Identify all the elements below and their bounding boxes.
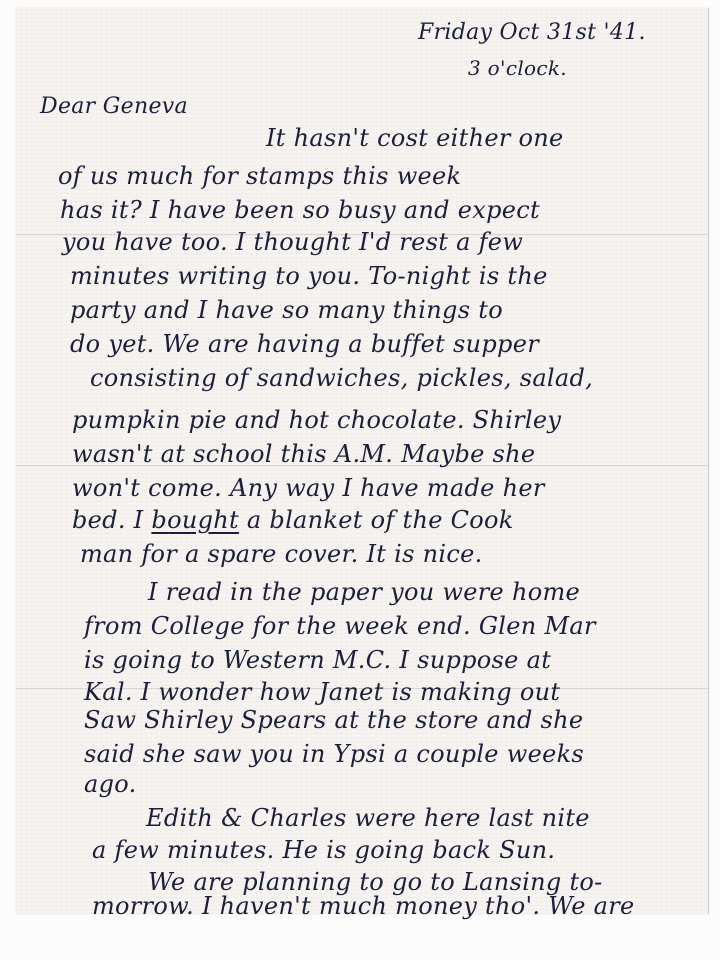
letter-line: said she saw you in Ypsi a couple weeks <box>84 740 584 768</box>
line-text: a blanket of the Cook <box>239 506 514 534</box>
letter-line: bed. I bought a blanket of the Cook <box>72 506 514 534</box>
letter-line: is going to Western M.C. I suppose at <box>84 646 551 674</box>
letter-line: party and I have so many things to <box>70 296 503 324</box>
letter-line: morrow. I haven't much money tho'. We ar… <box>92 892 635 920</box>
letter-line: man for a spare cover. It is nice. <box>80 540 483 568</box>
letter-line: wasn't at school this A.M. Maybe she <box>72 440 535 468</box>
letter-line: It hasn't cost either one <box>266 124 564 152</box>
salutation: Dear Geneva <box>40 94 188 119</box>
letter-line: a few minutes. He is going back Sun. <box>92 836 555 864</box>
letter-line: Saw Shirley Spears at the store and she <box>84 706 583 734</box>
letter-line: of us much for stamps this week <box>58 162 461 190</box>
letter-line: won't come. Any way I have made her <box>72 474 545 502</box>
letter-line: pumpkin pie and hot chocolate. Shirley <box>72 406 561 434</box>
line-text: bed. I <box>72 506 151 534</box>
letter-line: ago. <box>84 770 137 798</box>
letter-line: from College for the week end. Glen Mar <box>84 612 596 640</box>
letter-line: has it? I have been so busy and expect <box>60 196 540 224</box>
letter-date: Friday Oct 31st '41. <box>418 20 646 45</box>
letter-line: consisting of sandwiches, pickles, salad… <box>90 364 593 392</box>
letter-line: Kal. I wonder how Janet is making out <box>84 678 560 706</box>
underlined-word: bought <box>151 506 239 534</box>
letter-line: I read in the paper you were home <box>148 578 580 606</box>
letter-line: minutes writing to you. To-night is the <box>70 262 548 290</box>
letter-line: do yet. We are having a buffet supper <box>70 330 539 358</box>
letter-time: 3 o'clock. <box>468 56 567 80</box>
letter-line: Edith & Charles were here last nite <box>146 804 590 832</box>
letter-line: you have too. I thought I'd rest a few <box>62 228 523 256</box>
